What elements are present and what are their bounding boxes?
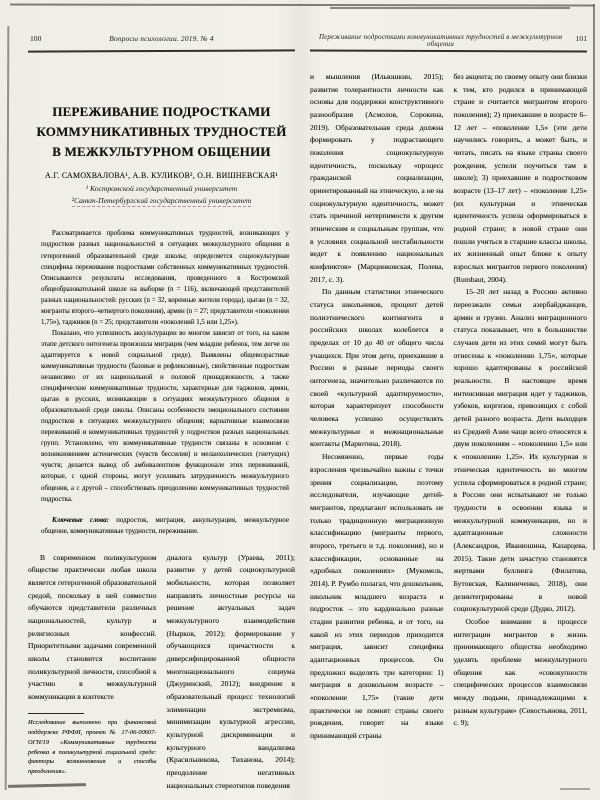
journal-spread-scan: 100 Вопросы психологии. 2019. № 4 ПЕРЕЖИ… bbox=[0, 0, 600, 800]
article-title: ПЕРЕЖИВАНИЕ ПОДРОСТКАМИ КОММУНИКАТИВНЫХ … bbox=[28, 102, 295, 162]
keywords-paragraph: Ключевые слова: подросток, миграция, акк… bbox=[41, 515, 289, 537]
page-number-left: 100 bbox=[30, 34, 41, 43]
authors-line: А.Г. САМОХВАЛОВА¹, А.В. КУЛИКОВ², О.Н. В… bbox=[28, 171, 295, 180]
page-left: 100 Вопросы психологии. 2019. № 4 ПЕРЕЖИ… bbox=[28, 34, 295, 792]
page-number-right: 101 bbox=[576, 34, 587, 43]
header-rule-right bbox=[310, 50, 587, 53]
title-line-2: КОММУНИКАТИВНЫХ ТРУДНОСТЕЙ bbox=[28, 122, 295, 142]
body-columns-right-page: и мышления (Ильюшкин, 2015); развитие то… bbox=[310, 71, 587, 743]
article-running-title: Переживание подростками коммуникативных … bbox=[310, 34, 587, 48]
body-paragraph: Несомненно, первые годы взросления чрезв… bbox=[310, 451, 444, 742]
affiliation-2: ²Санкт-Петербургский государственный уни… bbox=[28, 196, 295, 207]
body-paragraph: диалога культур (Ураева, 2011); развитие… bbox=[167, 552, 296, 793]
body-paragraph: По данным статистики этнического статуса… bbox=[310, 286, 444, 451]
body-paragraph: и мышления (Ильюшкин, 2015); развитие то… bbox=[310, 71, 444, 286]
body-paragraph: без акцента; по своему опыту они близки … bbox=[454, 71, 588, 286]
running-head-right: Переживание подростками коммуникативных … bbox=[310, 34, 587, 47]
page-right: Переживание подростками коммуникативных … bbox=[310, 34, 587, 743]
abstract-paragraph-2: Показано, что успешность аккультурации в… bbox=[41, 328, 289, 505]
scan-artifact-top-right-edge bbox=[330, 7, 570, 9]
abstract-paragraph-1: Рассматривается проблема коммуникативных… bbox=[41, 228, 289, 327]
title-line-1: ПЕРЕЖИВАНИЕ ПОДРОСТКАМИ bbox=[28, 102, 295, 122]
left-page-column-2: диалога культур (Ураева, 2011); развитие… bbox=[167, 552, 296, 793]
funding-footnote: Исследование выполнено при финансовой по… bbox=[28, 718, 157, 778]
affiliation-2-text: ²Санкт-Петербургский государственный уни… bbox=[72, 196, 252, 207]
body-paragraph: В современном поликультурном обществе пр… bbox=[28, 552, 157, 704]
scan-artifact-left-edge bbox=[5, 26, 10, 790]
body-paragraph: 15–20 лет назад в Россию активно переезж… bbox=[454, 286, 588, 615]
scan-artifact-right-edge bbox=[593, 4, 595, 550]
right-page-column-1: и мышления (Ильюшкин, 2015); развитие то… bbox=[310, 71, 444, 743]
affiliation-1: ¹ Костромской государственный университе… bbox=[28, 184, 295, 193]
right-page-column-2: без акцента; по своему опыту они близки … bbox=[454, 71, 588, 743]
title-line-3: В МЕЖКУЛЬТУРНОМ ОБЩЕНИИ bbox=[28, 142, 295, 162]
keywords-label: Ключевые слова: bbox=[52, 517, 109, 524]
footnote-rule bbox=[28, 713, 84, 714]
body-paragraph: Особое внимание в процессе интеграции ми… bbox=[454, 616, 588, 730]
journal-running-title: Вопросы психологии. 2019. № 4 bbox=[28, 34, 295, 43]
left-page-column-1: В современном поликультурном обществе пр… bbox=[28, 552, 157, 793]
body-columns-left-page: В современном поликультурном обществе пр… bbox=[28, 552, 295, 793]
abstract-section: Рассматривается проблема коммуникативных… bbox=[41, 228, 289, 536]
running-head-left: 100 Вопросы психологии. 2019. № 4 bbox=[28, 34, 295, 47]
scan-artifact-bottom-right bbox=[560, 788, 590, 790]
header-rule-left bbox=[28, 49, 295, 52]
